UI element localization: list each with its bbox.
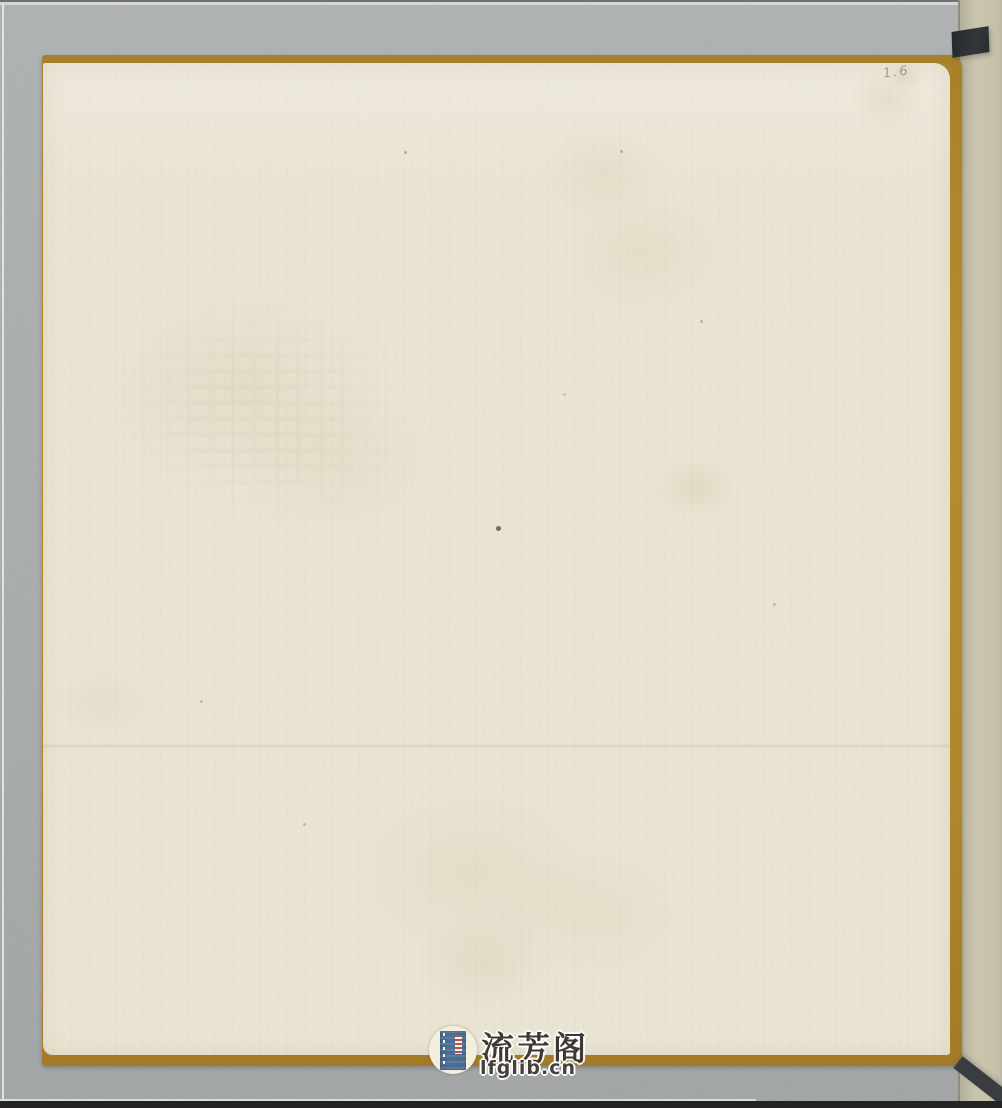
scan-edge-top-highlight bbox=[0, 2, 1002, 5]
album-leaf: 1.6 bbox=[42, 55, 962, 1066]
pencil-annotation: 1.6 bbox=[882, 63, 910, 81]
scan-edge-bottom bbox=[0, 1101, 1002, 1108]
foxing-specks bbox=[43, 63, 46, 66]
scanned-album-page: 1.6 流芳阁 lfglib.cn bbox=[0, 0, 1002, 1108]
book-edge-strip bbox=[958, 0, 1002, 1108]
scan-edge-left bbox=[2, 4, 4, 1102]
ink-show-through-stain bbox=[100, 290, 430, 530]
blank-paper-sheet: 1.6 bbox=[43, 63, 950, 1055]
paper-texture bbox=[43, 63, 950, 1055]
